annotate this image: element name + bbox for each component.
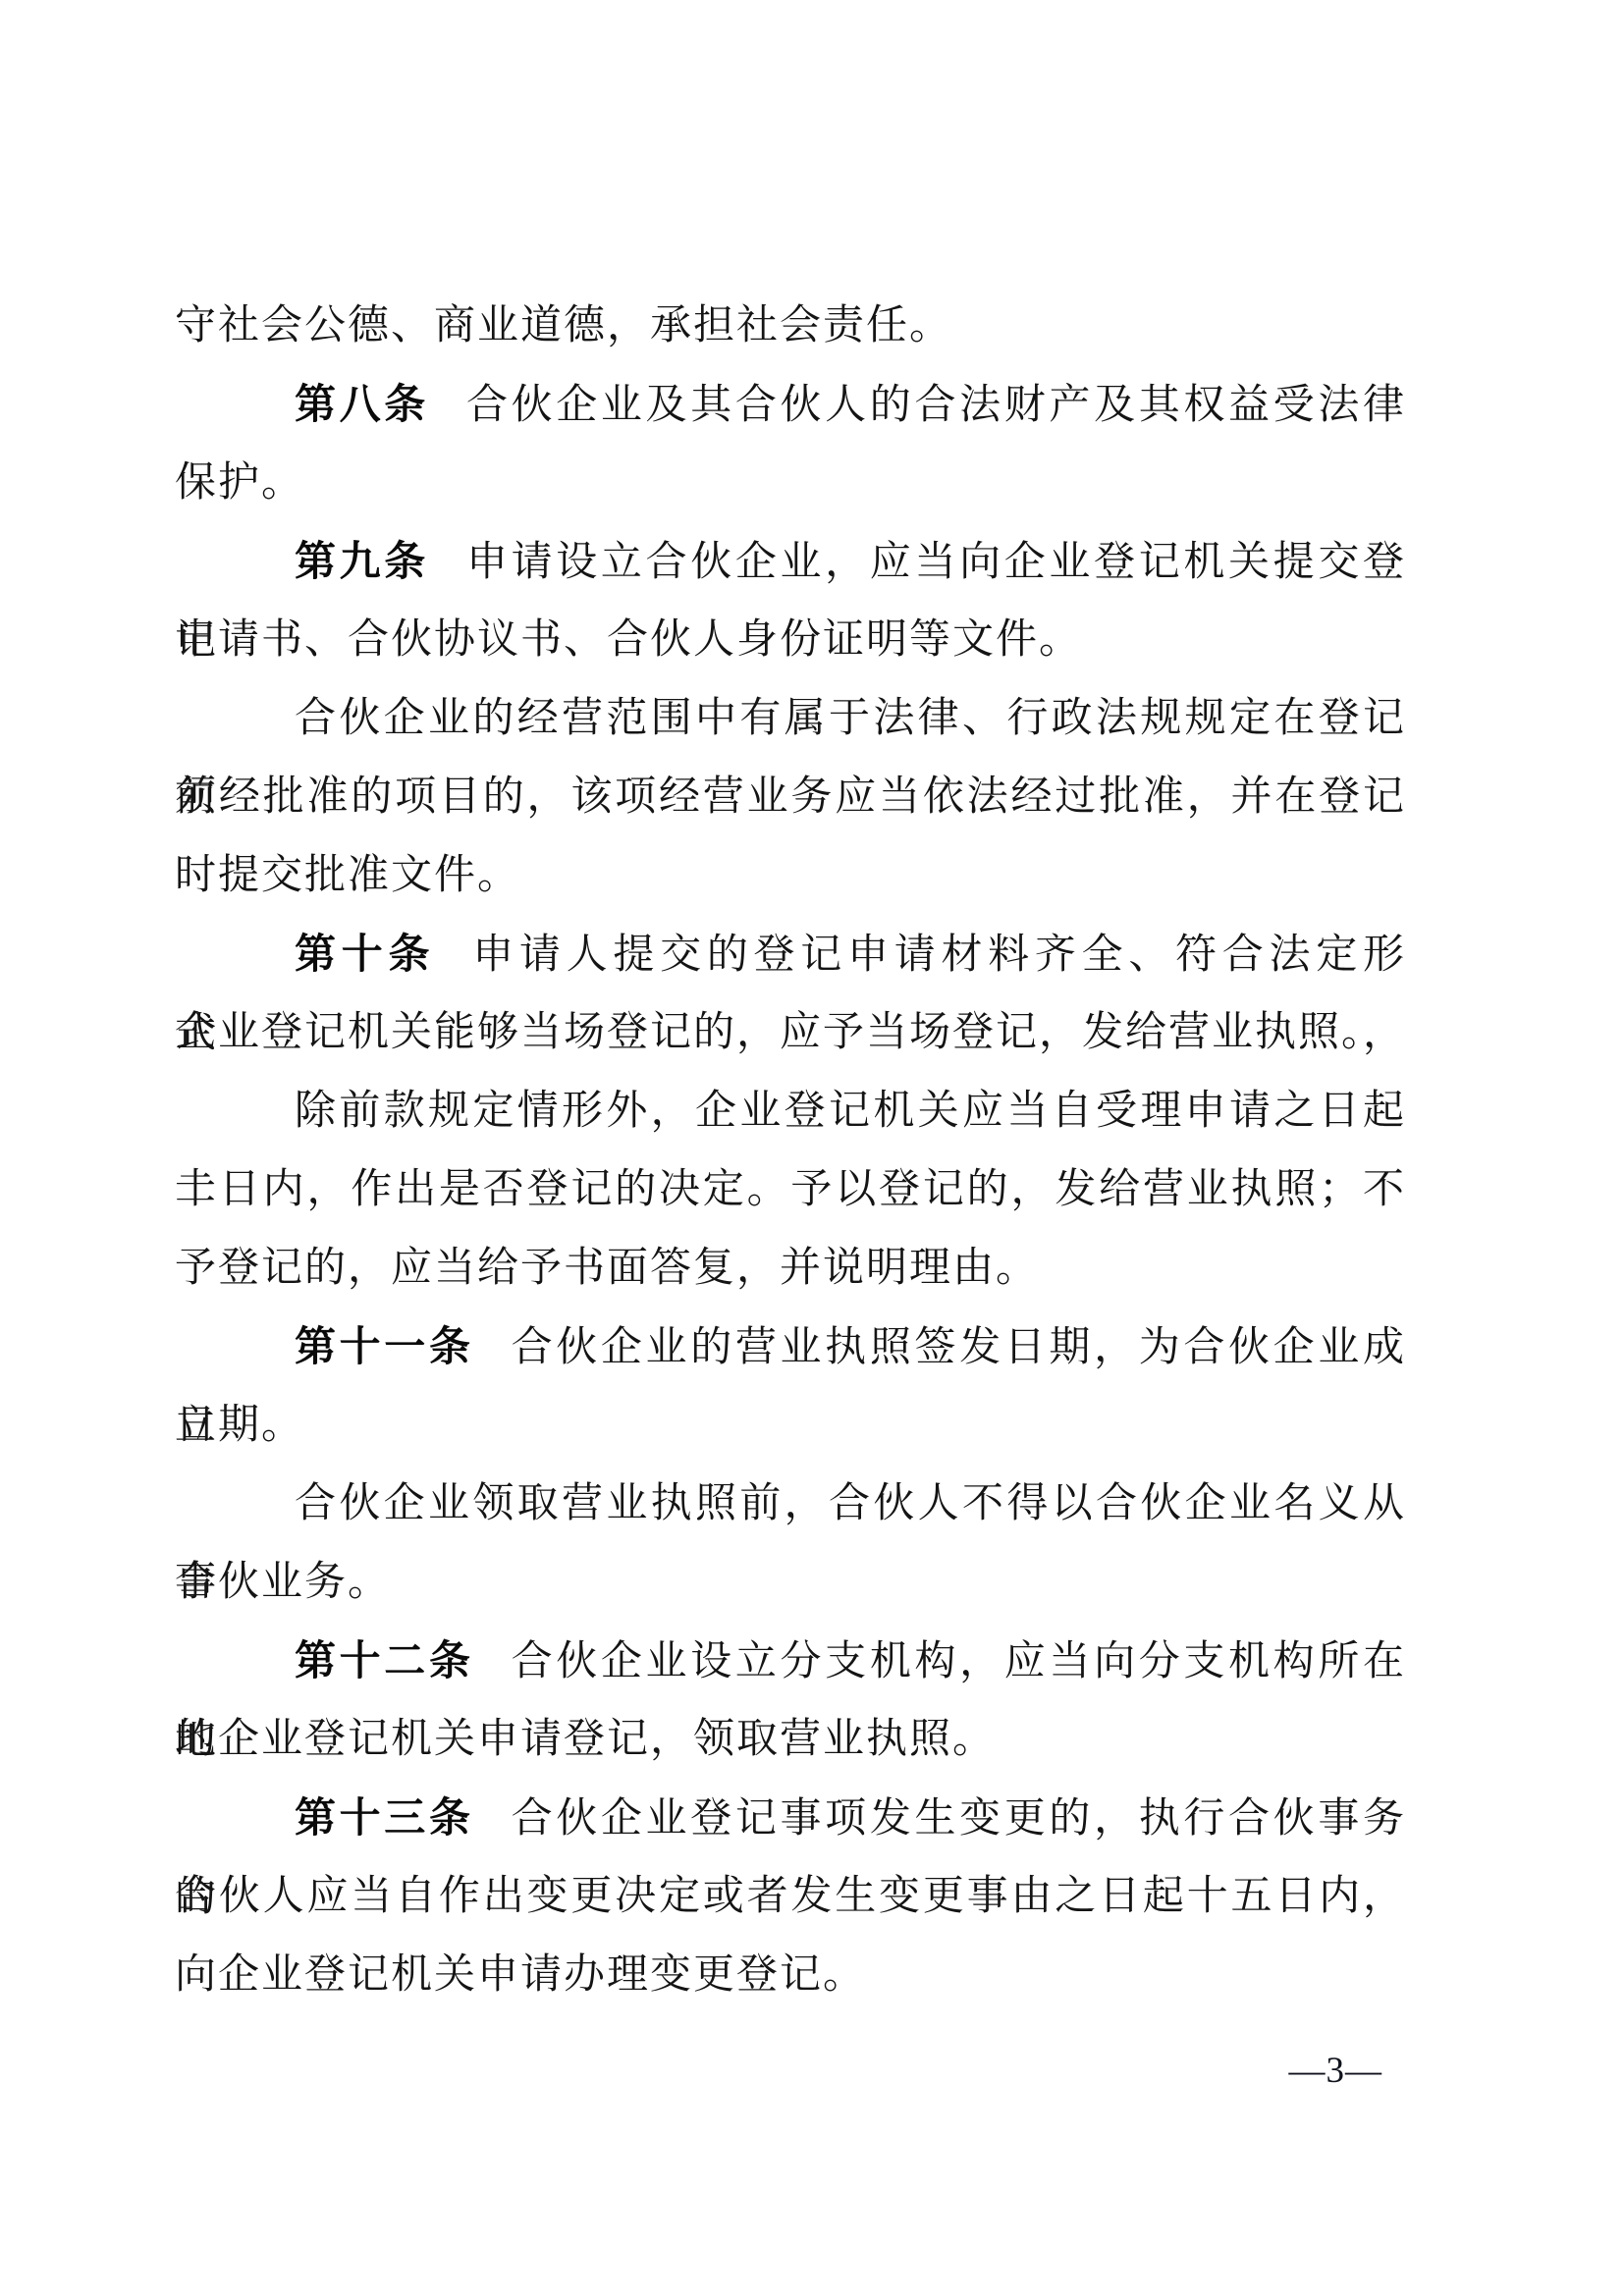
- line-text: 合伙人应当自作出变更决定或者发生变更事由之日起十五日内，: [175, 1874, 1406, 1919]
- line-text: 十日内，作出是否登记的决定。予以登记的，发给营业执照；不: [175, 1167, 1406, 1212]
- text-line: 予登记的，应当给予书面答复，并说明理由。: [175, 1229, 1406, 1308]
- line-text: 须经批准的项目的，该项经营业务应当依法经过批准，并在登记: [175, 774, 1406, 820]
- article-number: 第八条: [295, 381, 429, 427]
- text-line: 第十一条合伙企业的营业执照签发日期，为合伙企业成立: [175, 1308, 1406, 1386]
- text-line: 合伙业务。: [175, 1543, 1406, 1622]
- text-line: 企业登记机关能够当场登记的，应予当场登记，发给营业执照。: [175, 993, 1406, 1072]
- text-line: 第九条申请设立合伙企业，应当向企业登记机关提交登记: [175, 522, 1406, 601]
- article-number: 第十一条: [295, 1323, 474, 1369]
- text-line: 申请书、合伙协议书、合伙人身份证明等文件。: [175, 601, 1406, 679]
- line-text: 合伙企业及其合伙人的合法财产及其权益受法律: [466, 383, 1406, 428]
- line-text: 企业登记机关能够当场登记的，应予当场登记，发给营业执照。: [175, 1010, 1384, 1055]
- line-text: 的企业登记机关申请登记，领取营业执照。: [175, 1717, 996, 1762]
- text-line: 第八条合伙企业及其合伙人的合法财产及其权益受法律: [175, 365, 1406, 444]
- text-line: 守社会公德、商业道德，承担社会责任。: [175, 287, 1406, 365]
- document-body: 守社会公德、商业道德，承担社会责任。第八条合伙企业及其合伙人的合法财产及其权益受…: [175, 287, 1406, 2014]
- text-line: 的企业登记机关申请登记，领取营业执照。: [175, 1700, 1406, 1779]
- text-line: 十日内，作出是否登记的决定。予以登记的，发给营业执照；不: [175, 1150, 1406, 1229]
- line-text: 保护。: [175, 460, 304, 506]
- text-line: 合伙企业领取营业执照前，合伙人不得以合伙企业名义从事: [175, 1465, 1406, 1543]
- line-text: 申请书、合伙协议书、合伙人身份证明等文件。: [175, 617, 1082, 663]
- text-line: 第十二条合伙企业设立分支机构，应当向分支机构所在地: [175, 1622, 1406, 1700]
- text-line: 合伙企业的经营范围中有属于法律、行政法规规定在登记前: [175, 679, 1406, 758]
- document-page: 守社会公德、商业道德，承担社会责任。第八条合伙企业及其合伙人的合法财产及其权益受…: [0, 0, 1624, 2296]
- line-text: 守社会公德、商业道德，承担社会责任。: [175, 303, 952, 348]
- line-text: 向企业登记机关申请办理变更登记。: [175, 1952, 866, 1998]
- line-text: 时提交批准文件。: [175, 853, 520, 898]
- text-line: 时提交批准文件。: [175, 836, 1406, 915]
- text-line: 合伙人应当自作出变更决定或者发生变更事由之日起十五日内，: [175, 1857, 1406, 1936]
- text-line: 保护。: [175, 444, 1406, 522]
- line-text: 予登记的，应当给予书面答复，并说明理由。: [175, 1246, 1039, 1291]
- article-number: 第九条: [295, 538, 429, 584]
- line-text: 日期。: [175, 1403, 304, 1448]
- article-number: 第十三条: [295, 1794, 474, 1841]
- article-number: 第十二条: [295, 1637, 474, 1683]
- text-line: 向企业登记机关申请办理变更登记。: [175, 1936, 1406, 2014]
- text-line: 须经批准的项目的，该项经营业务应当依法经过批准，并在登记: [175, 758, 1406, 836]
- text-line: 除前款规定情形外，企业登记机关应当自受理申请之日起二: [175, 1072, 1406, 1150]
- text-line: 日期。: [175, 1386, 1406, 1465]
- page-number: —3—: [1289, 2050, 1383, 2093]
- text-line: 第十三条合伙企业登记事项发生变更的，执行合伙事务的: [175, 1779, 1406, 1857]
- article-number: 第十条: [295, 931, 435, 977]
- line-text: 合伙业务。: [175, 1560, 391, 1605]
- text-line: 第十条申请人提交的登记申请材料齐全、符合法定形式，: [175, 915, 1406, 993]
